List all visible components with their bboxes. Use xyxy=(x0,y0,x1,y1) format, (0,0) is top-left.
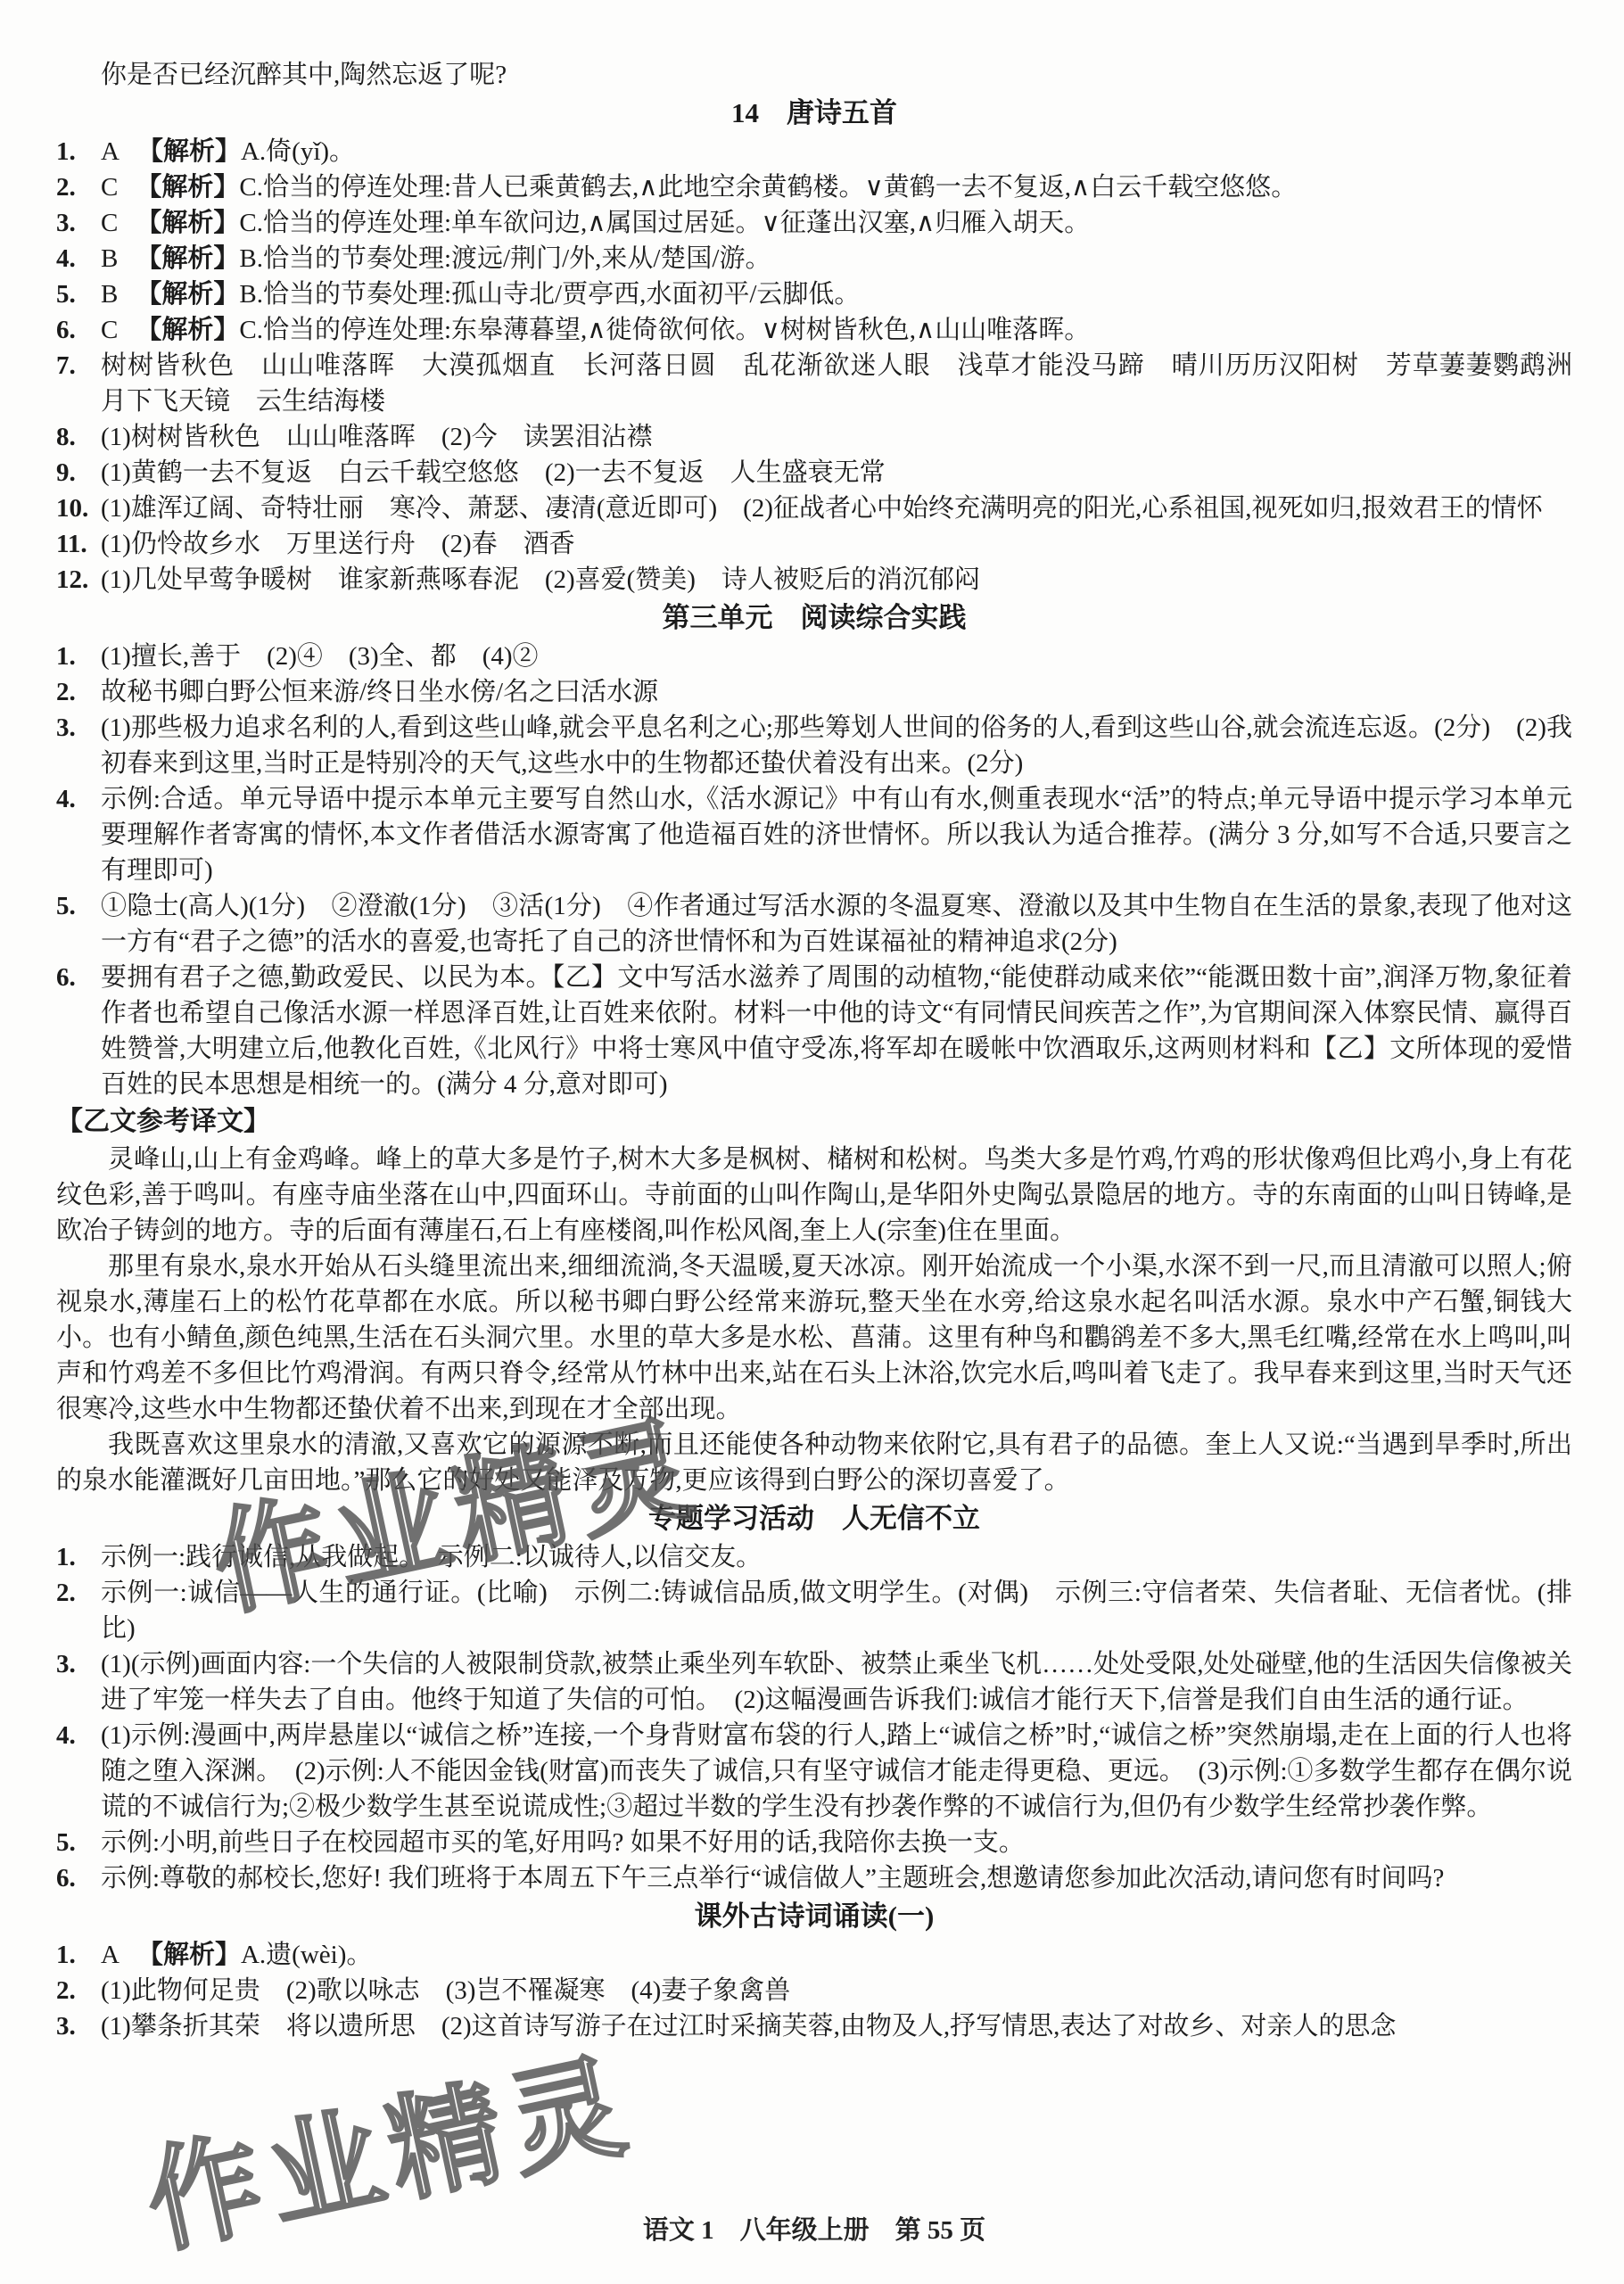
item-text: (1)几处早莺争暖树 谁家新燕啄春泥 (2)喜爱(赞美) 诗人被贬后的消沉郁闷 xyxy=(101,565,980,594)
item-text: (1)此物何足贵 (2)歌以咏志 (3)岂不罹凝寒 (4)妻子象禽兽 xyxy=(101,1976,790,2005)
answer-item: 3.(1)(示例)画面内容:一个失信的人被限制贷款,被禁止乘坐列车软卧、被禁止乘… xyxy=(56,1646,1572,1718)
item-text: C.恰当的停连处理:昔人已乘黄鹤去,∧此地空余黄鹤楼。∨黄鹤一去不复返,∧白云千… xyxy=(239,173,1297,202)
item-text: 示例:合适。单元导语中提示本单元主要写自然山水,《活水源记》中有山有水,侧重表现… xyxy=(101,785,1572,885)
analysis-tag: 【解析】 xyxy=(136,173,239,202)
answer-item: 6.示例:尊敬的郝校长,您好! 我们班将于本周五下午三点举行“诚信做人”主题班会… xyxy=(56,1860,1572,1896)
answer-item: 1.(1)擅长,善于 (2)④ (3)全、都 (4)② xyxy=(56,639,1572,674)
answer-letter: B xyxy=(101,244,118,273)
analysis-tag: 【解析】 xyxy=(137,137,241,166)
item-text: 要拥有君子之德,勤政爱民、以民为本。【乙】文中写活水滋养了周围的动植物,“能使群… xyxy=(101,963,1572,1099)
answer-letter: C xyxy=(101,316,118,344)
item-number: 1. xyxy=(56,639,97,674)
answer-item: 3.C【解析】C.恰当的停连处理:单车欲问边,∧属国过居延。∨征蓬出汉塞,∧归雁… xyxy=(56,205,1572,241)
analysis-tag: 【解析】 xyxy=(136,316,239,344)
item-number: 8. xyxy=(56,419,97,455)
item-number: 3. xyxy=(56,710,97,746)
item-text: C.恰当的停连处理:单车欲问边,∧属国过居延。∨征蓬出汉塞,∧归雁入胡天。 xyxy=(239,209,1090,237)
item-text: 示例一:诚信——人生的通行证。(比喻) 示例二:铸诚信品质,做文明学生。(对偶)… xyxy=(101,1579,1572,1643)
answer-letter: B xyxy=(101,280,118,309)
answer-item: 3.(1)那些极力追求名利的人,看到这些山峰,就会平息名利之心;那些筹划人世间的… xyxy=(56,710,1572,781)
translation-heading: 【乙文参考译文】 xyxy=(56,1102,1572,1142)
answer-item: 6.要拥有君子之德,勤政爱民、以民为本。【乙】文中写活水滋养了周围的动植物,“能… xyxy=(56,960,1572,1102)
item-number: 1. xyxy=(56,134,97,169)
analysis-tag: 【解析】 xyxy=(136,244,239,273)
item-number: 6. xyxy=(56,960,97,995)
answer-item: 2.C【解析】C.恰当的停连处理:昔人已乘黄鹤去,∧此地空余黄鹤楼。∨黄鹤一去不… xyxy=(56,169,1572,205)
item-number: 5. xyxy=(56,888,97,924)
answer-item: 9.(1)黄鹤一去不复返 白云千载空悠悠 (2)一去不复返 人生盛衰无常 xyxy=(56,455,1572,491)
item-number: 1. xyxy=(56,1539,97,1575)
item-number: 7. xyxy=(56,348,97,383)
item-number: 5. xyxy=(56,276,97,312)
item-number: 5. xyxy=(56,1825,97,1860)
item-number: 10. xyxy=(56,491,97,526)
item-number: 2. xyxy=(56,1575,97,1611)
item-number: 2. xyxy=(56,1973,97,2008)
item-text: (1)那些极力追求名利的人,看到这些山峰,就会平息名利之心;那些筹划人世间的俗务… xyxy=(101,713,1572,778)
section-title-tangshi-wushou: 14 唐诗五首 xyxy=(56,93,1572,134)
answer-item: 4.示例:合适。单元导语中提示本单元主要写自然山水,《活水源记》中有山有水,侧重… xyxy=(56,781,1572,888)
item-number: 1. xyxy=(56,1937,97,1973)
answer-item: 12.(1)几处早莺争暖树 谁家新燕啄春泥 (2)喜爱(赞美) 诗人被贬后的消沉… xyxy=(56,562,1572,598)
analysis-tag: 【解析】 xyxy=(136,280,239,309)
item-text: (1)雄浑辽阔、奇特壮丽 寒冷、萧瑟、凄清(意近即可) (2)征战者心中始终充满… xyxy=(101,494,1543,523)
answer-item: 11.(1)仍怜故乡水 万里送行舟 (2)春 酒香 xyxy=(56,526,1572,562)
page-content: 你是否已经沉醉其中,陶然忘返了呢? 14 唐诗五首 1.A【解析】A.倚(yǐ)… xyxy=(56,57,1572,2044)
answer-item: 7.树树皆秋色 山山唯落晖 大漠孤烟直 长河落日圆 乱花渐欲迷人眼 浅草才能没马… xyxy=(56,348,1572,419)
answer-item: 6.C【解析】C.恰当的停连处理:东皋薄暮望,∧徙倚欲何依。∨树树皆秋色,∧山山… xyxy=(56,312,1572,348)
item-number: 4. xyxy=(56,241,97,276)
item-text: (1)(示例)画面内容:一个失信的人被限制贷款,被禁止乘坐列车软卧、被禁止乘坐飞… xyxy=(101,1650,1572,1714)
item-text: B.恰当的节奏处理:孤山寺北/贾亭西,水面初平/云脚低。 xyxy=(239,280,860,309)
answer-letter: C xyxy=(101,173,118,202)
item-text: ①隐士(高人)(1分) ②澄澈(1分) ③活(1分) ④作者通过写活水源的冬温夏… xyxy=(101,892,1572,956)
answer-item: 2.(1)此物何足贵 (2)歌以咏志 (3)岂不罹凝寒 (4)妻子象禽兽 xyxy=(56,1973,1572,2008)
answer-item: 5.B【解析】B.恰当的节奏处理:孤山寺北/贾亭西,水面初平/云脚低。 xyxy=(56,276,1572,312)
answer-item: 4.B【解析】B.恰当的节奏处理:渡远/荆门/外,来从/楚国/游。 xyxy=(56,241,1572,276)
intro-line: 你是否已经沉醉其中,陶然忘返了呢? xyxy=(56,57,1572,93)
answer-letter: C xyxy=(101,209,118,237)
answer-item: 1.A【解析】A.倚(yǐ)。 xyxy=(56,134,1572,169)
item-text: 故秘书卿白野公恒来游/终日坐水傍/名之曰活水源 xyxy=(101,678,658,706)
item-number: 6. xyxy=(56,1860,97,1896)
answer-item: 5.示例:小明,前些日子在校园超市买的笔,好用吗? 如果不好用的话,我陪你去换一… xyxy=(56,1825,1572,1860)
item-text: B.恰当的节奏处理:渡远/荆门/外,来从/楚国/游。 xyxy=(239,244,771,273)
item-number: 3. xyxy=(56,2008,97,2044)
answer-item: 1.A【解析】A.遗(wèi)。 xyxy=(56,1937,1572,1973)
analysis-tag: 【解析】 xyxy=(137,1941,241,1969)
item-number: 3. xyxy=(56,1646,97,1682)
item-number: 12. xyxy=(56,562,97,598)
item-number: 4. xyxy=(56,1718,97,1753)
answer-item: 5.①隐士(高人)(1分) ②澄澈(1分) ③活(1分) ④作者通过写活水源的冬… xyxy=(56,888,1572,960)
answer-letter: A xyxy=(101,137,120,166)
item-text: (1)擅长,善于 (2)④ (3)全、都 (4)② xyxy=(101,642,539,671)
item-number: 3. xyxy=(56,205,97,241)
item-number: 2. xyxy=(56,169,97,205)
section-title-disanyuandan: 第三单元 阅读综合实践 xyxy=(56,598,1572,639)
item-number: 6. xyxy=(56,312,97,348)
item-text: 示例一:践行诚信,从我做起。 示例二:以诚待人,以信交友。 xyxy=(101,1543,762,1571)
answer-item: 2.示例一:诚信——人生的通行证。(比喻) 示例二:铸诚信品质,做文明学生。(对… xyxy=(56,1575,1572,1646)
item-number: 9. xyxy=(56,455,97,491)
translation-paragraph: 那里有泉水,泉水开始从石头缝里流出来,细细流淌,冬天温暖,夏天冰凉。刚开始流成一… xyxy=(56,1249,1572,1427)
item-text: 示例:小明,前些日子在校园超市买的笔,好用吗? 如果不好用的话,我陪你去换一支。 xyxy=(101,1828,1025,1857)
answer-letter: A xyxy=(101,1941,120,1969)
item-text: (1)黄鹤一去不复返 白云千载空悠悠 (2)一去不复返 人生盛衰无常 xyxy=(101,458,886,487)
section-title-kewai-gushici: 课外古诗词诵读(一) xyxy=(56,1896,1572,1937)
translation-paragraph: 灵峰山,山上有金鸡峰。峰上的草大多是竹子,树木大多是枫树、槠树和松树。鸟类大多是… xyxy=(56,1142,1572,1249)
item-text: C.恰当的停连处理:东皋薄暮望,∧徙倚欲何依。∨树树皆秋色,∧山山唯落晖。 xyxy=(239,316,1090,344)
answer-item: 8.(1)树树皆秋色 山山唯落晖 (2)今 读罢泪沾襟 xyxy=(56,419,1572,455)
answer-item: 10.(1)雄浑辽阔、奇特壮丽 寒冷、萧瑟、凄清(意近即可) (2)征战者心中始… xyxy=(56,491,1572,526)
translation-paragraph: 我既喜欢这里泉水的清澈,又喜欢它的源源不断,而且还能使各种动物来依附它,具有君子… xyxy=(56,1427,1572,1498)
page-footer: 语文 1 八年级上册 第 55 页 xyxy=(56,2210,1572,2247)
item-number: 4. xyxy=(56,781,97,817)
item-text: A.倚(yǐ)。 xyxy=(241,137,355,166)
answer-item: 2.故秘书卿白野公恒来游/终日坐水傍/名之曰活水源 xyxy=(56,674,1572,710)
item-text: A.遗(wèi)。 xyxy=(241,1941,372,1969)
item-text: 示例:尊敬的郝校长,您好! 我们班将于本周五下午三点举行“诚信做人”主题班会,想… xyxy=(101,1864,1444,1892)
item-text: (1)树树皆秋色 山山唯落晖 (2)今 读罢泪沾襟 xyxy=(101,423,653,451)
section-title-zhuanti-xuexi: 专题学习活动 人无信不立 xyxy=(56,1498,1572,1539)
item-number: 2. xyxy=(56,674,97,710)
item-text: (1)仍怜故乡水 万里送行舟 (2)春 酒香 xyxy=(101,530,575,558)
item-text: 树树皆秋色 山山唯落晖 大漠孤烟直 长河落日圆 乱花渐欲迷人眼 浅草才能没马蹄 … xyxy=(101,351,1598,416)
item-text: (1)示例:漫画中,两岸悬崖以“诚信之桥”连接,一个身背财富布袋的行人,踏上“诚… xyxy=(101,1721,1572,1821)
item-number: 11. xyxy=(56,526,97,562)
analysis-tag: 【解析】 xyxy=(136,209,239,237)
answer-item: 1.示例一:践行诚信,从我做起。 示例二:以诚待人,以信交友。 xyxy=(56,1539,1572,1575)
answer-item: 4.(1)示例:漫画中,两岸悬崖以“诚信之桥”连接,一个身背财富布袋的行人,踏上… xyxy=(56,1718,1572,1825)
item-text: (1)攀条折其荣 将以遗所思 (2)这首诗写游子在过江时采摘芙蓉,由物及人,抒写… xyxy=(101,2012,1396,2041)
answer-item: 3.(1)攀条折其荣 将以遗所思 (2)这首诗写游子在过江时采摘芙蓉,由物及人,… xyxy=(56,2008,1572,2044)
